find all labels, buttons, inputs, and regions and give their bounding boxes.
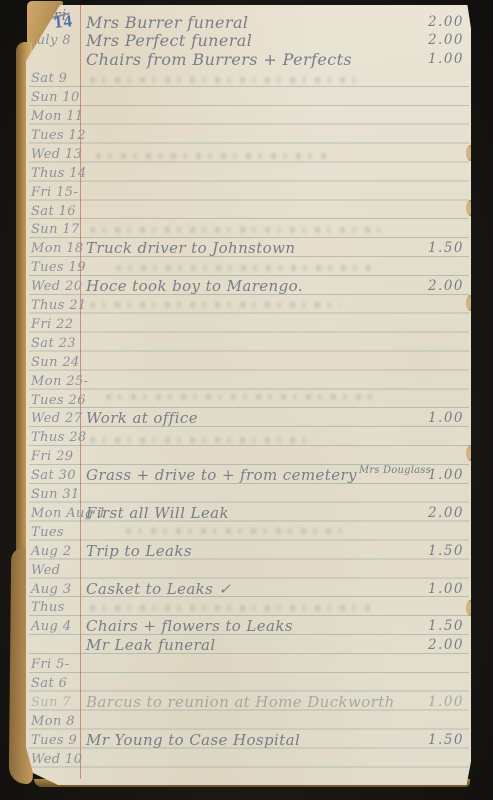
ledger-row: Sat 9 bbox=[26, 69, 471, 88]
ledger-row: Sun 24 bbox=[26, 353, 471, 372]
entry-date: Sun 24 bbox=[31, 353, 83, 372]
entry-date: Mon 8 bbox=[31, 712, 83, 731]
entry-text: Trip to Leaks bbox=[86, 542, 192, 561]
ledger-row: Wed 10 bbox=[26, 750, 471, 769]
entry-date: Mon 25- bbox=[31, 372, 83, 391]
entry-date: Sat 9 bbox=[31, 69, 83, 88]
entry-text: Grass + drive to + from cemeteryMrs Doug… bbox=[86, 466, 431, 487]
entry-amount: 2.00 bbox=[398, 504, 464, 523]
entry-date: Aug 3 bbox=[31, 580, 83, 599]
ledger-row: Mon 11 bbox=[26, 107, 471, 126]
entry-date: Sat 16 bbox=[31, 202, 83, 221]
ledger-row: Mon Aug 1First all Will Leak2.00 bbox=[26, 504, 471, 523]
ledger-row: Wed bbox=[26, 561, 471, 580]
entry-date: Sun 31 bbox=[31, 485, 83, 504]
ledger-row: Wed 20Hoce took boy to Marengo.2.00 bbox=[26, 277, 471, 296]
ledger-row: Sun 17 bbox=[26, 220, 471, 239]
entry-date: Thus 21 bbox=[31, 296, 83, 315]
entry-date: Fri 29 bbox=[31, 447, 83, 466]
ledger-row: Tues bbox=[26, 523, 471, 542]
ledger-row: Aug 4Chairs + flowers to Leaks1.50 bbox=[26, 617, 471, 636]
entry-text: Mr Leak funeral bbox=[86, 636, 216, 655]
entry-date: Thus 14 bbox=[31, 164, 83, 183]
entry-date: Wed 13 bbox=[31, 145, 83, 164]
ledger-row: Tues 12 bbox=[26, 126, 471, 145]
ledger-row: Mon 8 bbox=[26, 712, 471, 731]
entry-text: Hoce took boy to Marengo. bbox=[86, 277, 303, 296]
ledger-row: Thus 28 bbox=[26, 428, 471, 447]
entry-amount: 1.00 bbox=[398, 693, 464, 712]
entry-amount: 2.00 bbox=[398, 13, 464, 32]
entry-date: Mon 11 bbox=[31, 107, 83, 126]
entry-date: Wed 10 bbox=[31, 750, 83, 769]
entry-amount: 1.50 bbox=[398, 542, 464, 561]
entry-amount: 2.00 bbox=[398, 31, 464, 50]
entry-amount: 1.50 bbox=[398, 731, 464, 750]
entry-text: Chairs from Burrers + Perfects bbox=[86, 50, 352, 69]
ledger-row: Aug 2Trip to Leaks1.50 bbox=[26, 542, 471, 561]
entry-date: Sun 10 bbox=[31, 88, 83, 107]
entry-date: Tues 26 bbox=[31, 391, 83, 410]
entry-date: Mon 18 bbox=[31, 239, 83, 258]
ledger-row: Sun 7Barcus to reunion at Home Duckworth… bbox=[26, 693, 471, 712]
ledger-row: Tues 26 bbox=[26, 391, 471, 410]
entry-text: Chairs + flowers to Leaks bbox=[86, 617, 293, 636]
entry-date: Wed 20 bbox=[31, 277, 83, 296]
entry-date: Thus 28 bbox=[31, 428, 83, 447]
entry-date: Sun 17 bbox=[31, 220, 83, 239]
entry-date: Wed 27 bbox=[31, 409, 83, 428]
ledger-row: Tues 19 bbox=[26, 258, 471, 277]
entry-date: Tues bbox=[31, 523, 83, 542]
entry-date: Sat 23 bbox=[31, 334, 83, 353]
entry-date: Tues 9 bbox=[31, 731, 83, 750]
ledger-row: Thus bbox=[26, 598, 471, 617]
entry-date: Mon Aug 1 bbox=[31, 504, 83, 523]
ledger-row: July 8Mrs Perfect funeral2.00 bbox=[26, 31, 471, 50]
entry-date: Tues 12 bbox=[31, 126, 83, 145]
entry-amount: 1.00 bbox=[398, 580, 464, 599]
ledger-row: Sat 23 bbox=[26, 334, 471, 353]
ledger-row: Fri 22 bbox=[26, 315, 471, 334]
entry-amount: 1.50 bbox=[398, 617, 464, 636]
entry-text: Truck driver to Johnstown bbox=[86, 239, 295, 258]
ledger-row: Sun 10 bbox=[26, 88, 471, 107]
ledger-row: Mrs Burrer funeral2.00 bbox=[26, 13, 471, 32]
entry-amount: 1.00 bbox=[398, 50, 464, 69]
entry-text: Work at office bbox=[86, 409, 198, 428]
ledger-row: Mon 25- bbox=[26, 372, 471, 391]
ledger-row: Wed 13 bbox=[26, 145, 471, 164]
entry-date: Aug 2 bbox=[31, 542, 83, 561]
entry-date: Thus bbox=[31, 598, 83, 617]
ledger-row: Sat 30Grass + drive to + from cemeteryMr… bbox=[26, 466, 471, 485]
entry-text: First all Will Leak bbox=[86, 504, 229, 523]
entry-amount: 1.50 bbox=[398, 239, 464, 258]
entry-amount: 2.00 bbox=[398, 277, 464, 296]
entry-date: Fri 5- bbox=[31, 655, 83, 674]
ledger-rows: Mrs Burrer funeral2.00July 8Mrs Perfect … bbox=[26, 5, 471, 785]
ledger-page: Fri 14 Mrs Burrer funeral2.00July 8Mrs P… bbox=[26, 5, 471, 785]
entry-text: Mrs Burrer funeral bbox=[86, 13, 248, 32]
ledger-row: Aug 3Casket to Leaks ✓1.00 bbox=[26, 580, 471, 599]
entry-date: Sat 30 bbox=[31, 466, 83, 485]
entry-amount: 1.00 bbox=[398, 466, 464, 485]
ledger-row: Fri 5- bbox=[26, 655, 471, 674]
entry-date: Fri 15- bbox=[31, 183, 83, 202]
ledger-row: Sat 16 bbox=[26, 202, 471, 221]
entry-date: Wed bbox=[31, 561, 83, 580]
entry-date: Fri 22 bbox=[31, 315, 83, 334]
entry-amount: 1.00 bbox=[398, 409, 464, 428]
entry-text: Mrs Perfect funeral bbox=[86, 31, 252, 50]
entry-date: Aug 4 bbox=[31, 617, 83, 636]
entry-date: Sat 6 bbox=[31, 674, 83, 693]
entry-date: Sun 7 bbox=[31, 693, 83, 712]
ledger-row: Fri 29 bbox=[26, 447, 471, 466]
ledger-row: Mr Leak funeral2.00 bbox=[26, 636, 471, 655]
entry-text: Casket to Leaks ✓ bbox=[86, 580, 231, 599]
photo-background: Fri 14 Mrs Burrer funeral2.00July 8Mrs P… bbox=[0, 0, 493, 800]
ledger-row: Chairs from Burrers + Perfects1.00 bbox=[26, 50, 471, 69]
ledger-row: Fri 15- bbox=[26, 183, 471, 202]
entry-text: Barcus to reunion at Home Duckworth bbox=[86, 693, 395, 712]
entry-text: Mr Young to Case Hospital bbox=[86, 731, 300, 750]
entry-date: Tues 19 bbox=[31, 258, 83, 277]
ledger-row: Mon 18Truck driver to Johnstown1.50 bbox=[26, 239, 471, 258]
ledger-row: Thus 14 bbox=[26, 164, 471, 183]
ledger-row: Sat 6 bbox=[26, 674, 471, 693]
ledger-row: Sun 31 bbox=[26, 485, 471, 504]
ledger-row: Wed 27Work at office1.00 bbox=[26, 409, 471, 428]
ledger-row: Thus 21 bbox=[26, 296, 471, 315]
ledger-row: Tues 9Mr Young to Case Hospital1.50 bbox=[26, 731, 471, 750]
entry-amount: 2.00 bbox=[398, 636, 464, 655]
